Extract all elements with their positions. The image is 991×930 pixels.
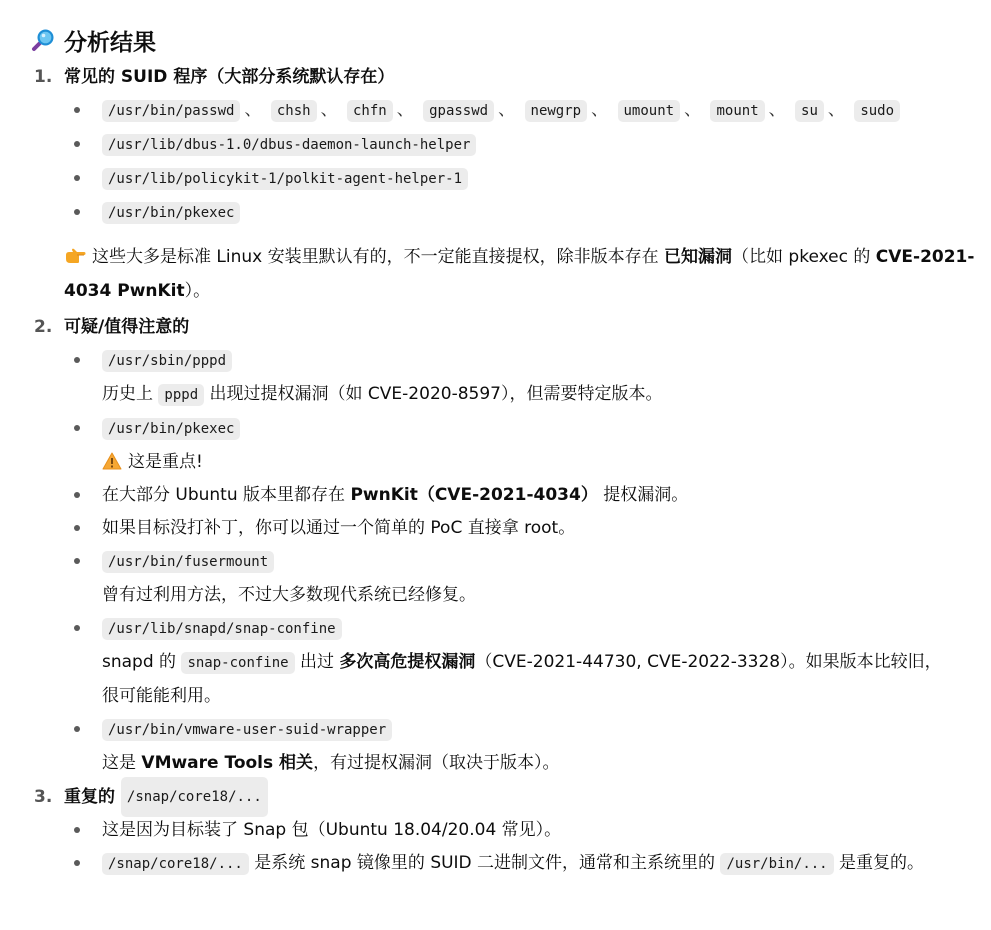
section-heading: 可疑/值得注意的 <box>64 310 991 344</box>
code-path: /usr/bin/fusermount <box>102 551 274 573</box>
analysis-document: 分析结果 1. 常见的 SUID 程序（大部分系统默认存在） /usr/bin/… <box>0 0 991 881</box>
code-path: sudo <box>854 100 900 122</box>
item-description: 曾有过利用方法，不过大多数现代系统已经修复。 <box>102 579 991 612</box>
section-number: 2. <box>34 310 52 344</box>
code-path: /usr/bin/pkexec <box>102 202 240 224</box>
sections-list: 1. 常见的 SUID 程序（大部分系统默认存在） /usr/bin/passw… <box>30 60 991 881</box>
list-item: /usr/bin/passwd、 chsh、 chfn、 gpasswd、 ne… <box>102 94 991 128</box>
code-path: mount <box>710 100 764 122</box>
code-path: /usr/bin/pkexec <box>102 418 240 440</box>
section-2: 2. 可疑/值得注意的 /usr/sbin/pppd 历史上 pppd 出现过提… <box>30 310 991 780</box>
list-item: /usr/lib/snapd/snap-confine snapd 的 snap… <box>102 612 991 713</box>
section-number: 1. <box>34 60 52 94</box>
list-item: /usr/lib/policykit-1/polkit-agent-helper… <box>102 162 991 196</box>
list-item: /usr/bin/fusermount 曾有过利用方法，不过大多数现代系统已经修… <box>102 545 991 612</box>
code-path: newgrp <box>525 100 588 122</box>
magnifier-icon <box>30 27 56 53</box>
code-path: chsh <box>271 100 317 122</box>
note-paragraph: 这些大多是标准 Linux 安装里默认有的，不一定能直接提权，除非版本存在 已知… <box>64 240 991 308</box>
list-item: 在大部分 Ubuntu 版本里都存在 PwnKit（CVE-2021-4034）… <box>102 479 991 512</box>
code-path: chfn <box>347 100 393 122</box>
suid-common-list: /usr/bin/passwd、 chsh、 chfn、 gpasswd、 ne… <box>64 94 991 230</box>
list-item: /usr/bin/pkexec 这是重点! 在大部分 Ubuntu 版本里都存在… <box>102 412 991 545</box>
item-description: 这是 VMware Tools 相关，有过提权漏洞（取决于版本）。 <box>102 747 991 780</box>
item-description: snapd 的 snap-confine 出过 多次高危提权漏洞（CVE-202… <box>102 646 991 713</box>
list-item: /usr/bin/pkexec <box>102 196 991 230</box>
title-row: 分析结果 <box>30 20 991 60</box>
code-path: /usr/lib/policykit-1/polkit-agent-helper… <box>102 168 468 190</box>
pointing-hand-icon <box>64 247 86 265</box>
pkexec-sublist: 在大部分 Ubuntu 版本里都存在 PwnKit（CVE-2021-4034）… <box>64 479 991 545</box>
bold-text: 已知漏洞 <box>664 247 732 267</box>
code-path: /usr/bin/vmware-user-suid-wrapper <box>102 719 392 741</box>
list-item: /snap/core18/... 是系统 snap 镜像里的 SUID 二进制文… <box>102 847 991 881</box>
suspicious-list: /usr/sbin/pppd 历史上 pppd 出现过提权漏洞（如 CVE-20… <box>64 344 991 780</box>
page-title: 分析结果 <box>64 24 156 57</box>
list-item: /usr/bin/vmware-user-suid-wrapper 这是 VMw… <box>102 713 991 780</box>
code-path: umount <box>618 100 681 122</box>
section-3: 3. 重复的 /snap/core18/... 这是因为目标装了 Snap 包（… <box>30 780 991 881</box>
list-item: /usr/sbin/pppd 历史上 pppd 出现过提权漏洞（如 CVE-20… <box>102 344 991 412</box>
list-item: /usr/lib/dbus-1.0/dbus-daemon-launch-hel… <box>102 128 991 162</box>
item-description: 历史上 pppd 出现过提权漏洞（如 CVE-2020-8597），但需要特定版… <box>102 378 991 412</box>
section-1: 1. 常见的 SUID 程序（大部分系统默认存在） /usr/bin/passw… <box>30 60 991 308</box>
code-path: /snap/core18/... <box>121 777 268 817</box>
duplicates-list: 这是因为目标装了 Snap 包（Ubuntu 18.04/20.04 常见）。 … <box>64 814 991 881</box>
section-heading: 重复的 /snap/core18/... <box>64 780 991 814</box>
section-number: 3. <box>34 780 52 814</box>
list-item: 这是因为目标装了 Snap 包（Ubuntu 18.04/20.04 常见）。 <box>102 814 991 847</box>
section-heading: 常见的 SUID 程序（大部分系统默认存在） <box>64 60 991 94</box>
code-path: /usr/sbin/pppd <box>102 350 232 372</box>
code-path: /usr/bin/passwd <box>102 100 240 122</box>
warning-line: 这是重点! <box>102 446 991 479</box>
code-path: su <box>795 100 824 122</box>
list-item: 如果目标没打补丁，你可以通过一个简单的 PoC 直接拿 root。 <box>102 512 991 545</box>
code-path: gpasswd <box>423 100 494 122</box>
code-path: /usr/lib/snapd/snap-confine <box>102 618 342 640</box>
code-path: /usr/lib/dbus-1.0/dbus-daemon-launch-hel… <box>102 134 476 156</box>
warning-icon <box>102 452 122 470</box>
